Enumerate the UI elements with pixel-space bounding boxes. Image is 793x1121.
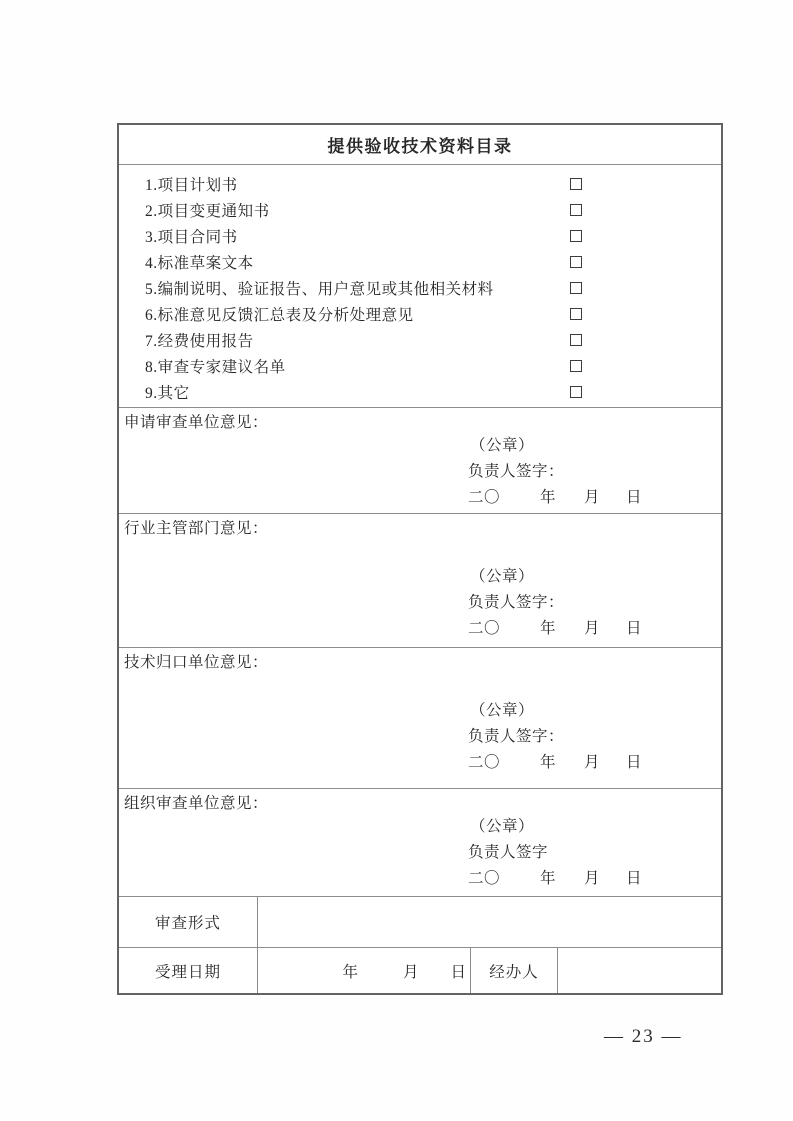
date-day: 日 (626, 870, 642, 887)
signature-block: （公章） 负责人签字： 二〇年月日 (468, 698, 711, 776)
date-line: 二〇年月日 (468, 866, 711, 892)
checklist-item-label: 2.项目变更通知书 (145, 199, 270, 221)
checkbox-icon (570, 360, 582, 372)
date-era: 二〇 (468, 754, 500, 771)
date-month: 月 (584, 620, 600, 637)
signature-label: 负责人签字： (468, 724, 711, 750)
date-year: 年 (540, 489, 556, 506)
date-month: 月 (584, 489, 600, 506)
date-day: 日 (626, 754, 642, 771)
date-day: 日 (626, 489, 642, 506)
signature-block: （公章） 负责人签字： 二〇年月日 (468, 564, 711, 642)
date-year: 年 (540, 754, 556, 771)
checklist-item-label: 8.审查专家建议名单 (145, 355, 286, 377)
document-page: 提供验收技术资料目录 1.项目计划书 2.项目变更通知书 3.项目合同书 4.标… (0, 0, 793, 1121)
checklist-item: 9.其它 (119, 379, 721, 405)
checklist-section: 1.项目计划书 2.项目变更通知书 3.项目合同书 4.标准草案文本 5.编制说… (119, 164, 721, 407)
signature-block: （公章） 负责人签字： 二〇年月日 (468, 433, 711, 511)
date-era: 二〇 (468, 489, 500, 506)
checklist-item-label: 3.项目合同书 (145, 225, 238, 247)
checklist-item-label: 7.经费使用报告 (145, 329, 254, 351)
signature-label: 负责人签字： (468, 459, 711, 485)
signature-label: 负责人签字 (468, 840, 711, 866)
acceptance-materials-table: 提供验收技术资料目录 1.项目计划书 2.项目变更通知书 3.项目合同书 4.标… (117, 123, 723, 995)
checklist-item: 6.标准意见反馈汇总表及分析处理意见 (119, 301, 721, 327)
checklist-item: 2.项目变更通知书 (119, 197, 721, 223)
acceptance-date-cell: 年月日 (258, 948, 471, 993)
opinion-section-technical-unit: 技术归口单位意见： （公章） 负责人签字： 二〇年月日 (119, 647, 721, 788)
opinion-label: 组织审查单位意见： (124, 793, 711, 814)
date-era: 二〇 (468, 620, 500, 637)
date-era: 二〇 (468, 870, 500, 887)
seal-label: （公章） (468, 564, 711, 590)
checklist-item: 8.审查专家建议名单 (119, 353, 721, 379)
date-year: 年 (540, 870, 556, 887)
checklist-item-label: 1.项目计划书 (145, 173, 238, 195)
checkbox-icon (570, 386, 582, 398)
opinion-label: 技术归口单位意见： (124, 652, 711, 673)
checklist-item: 7.经费使用报告 (119, 327, 721, 353)
checklist-item-label: 9.其它 (145, 381, 190, 403)
review-form-row: 审查形式 (119, 896, 721, 947)
date-line: 二〇年月日 (468, 750, 711, 776)
checklist-item: 3.项目合同书 (119, 223, 721, 249)
checklist-item: 4.标准草案文本 (119, 249, 721, 275)
checkbox-icon (570, 204, 582, 216)
checkbox-icon (570, 230, 582, 242)
seal-label: （公章） (468, 814, 711, 840)
acceptance-date-row: 受理日期 年月日 经办人 (119, 947, 721, 993)
acceptance-date-label: 受理日期 (119, 948, 258, 993)
checkbox-icon (570, 282, 582, 294)
review-form-label: 审查形式 (119, 897, 258, 947)
date-month: 月 (403, 960, 420, 982)
opinion-section-organizing-unit: 组织审查单位意见： （公章） 负责人签字 二〇年月日 (119, 788, 721, 896)
checklist-item: 5.编制说明、验证报告、用户意见或其他相关材料 (119, 275, 721, 301)
checklist-item: 1.项目计划书 (119, 171, 721, 197)
date-day: 日 (450, 960, 467, 982)
opinion-section-industry-dept: 行业主管部门意见： （公章） 负责人签字： 二〇年月日 (119, 513, 721, 647)
date-day: 日 (626, 620, 642, 637)
date-year: 年 (342, 960, 359, 982)
date-month: 月 (584, 870, 600, 887)
page-number: — 23 — (604, 1026, 704, 1048)
table-title-row: 提供验收技术资料目录 (119, 125, 721, 164)
checkbox-icon (570, 308, 582, 320)
date-month: 月 (584, 754, 600, 771)
opinion-label: 行业主管部门意见： (124, 518, 711, 539)
checkbox-icon (570, 256, 582, 268)
checkbox-icon (570, 334, 582, 346)
signature-block: （公章） 负责人签字 二〇年月日 (468, 814, 711, 892)
table-title: 提供验收技术资料目录 (328, 132, 513, 157)
checklist-item-label: 4.标准草案文本 (145, 251, 254, 273)
opinion-section-applicant: 申请审查单位意见： （公章） 负责人签字： 二〇年月日 (119, 407, 721, 513)
handler-value-cell (558, 948, 721, 993)
date-line: 二〇年月日 (468, 485, 711, 511)
opinion-label: 申请审查单位意见： (124, 412, 711, 433)
date-year: 年 (540, 620, 556, 637)
seal-label: （公章） (468, 698, 711, 724)
checklist-item-label: 6.标准意见反馈汇总表及分析处理意见 (145, 303, 414, 325)
handler-label: 经办人 (471, 948, 558, 993)
review-form-value-cell (258, 897, 721, 947)
date-line: 二〇年月日 (468, 616, 711, 642)
signature-label: 负责人签字： (468, 590, 711, 616)
checklist-item-label: 5.编制说明、验证报告、用户意见或其他相关材料 (145, 277, 494, 299)
seal-label: （公章） (468, 433, 711, 459)
checkbox-icon (570, 178, 582, 190)
